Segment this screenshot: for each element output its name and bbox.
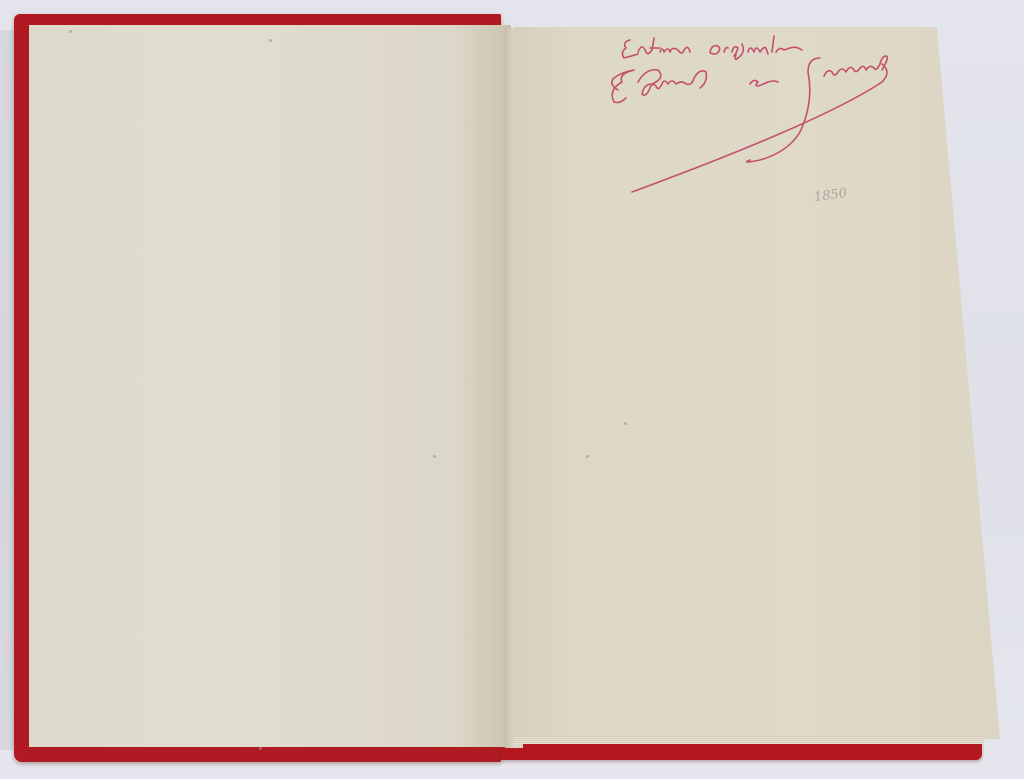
signature-strokes bbox=[590, 30, 910, 220]
paper-speck bbox=[624, 422, 627, 425]
paper-speck bbox=[259, 747, 262, 750]
handwritten-inscription: Edition originale Edmond de Goncourt bbox=[590, 30, 910, 220]
paper-speck bbox=[69, 30, 72, 33]
left-endpaper bbox=[29, 25, 511, 747]
paper-speck bbox=[433, 455, 436, 458]
paper-speck bbox=[586, 455, 589, 458]
page-edges bbox=[514, 736, 984, 744]
paper-speck bbox=[269, 39, 272, 42]
